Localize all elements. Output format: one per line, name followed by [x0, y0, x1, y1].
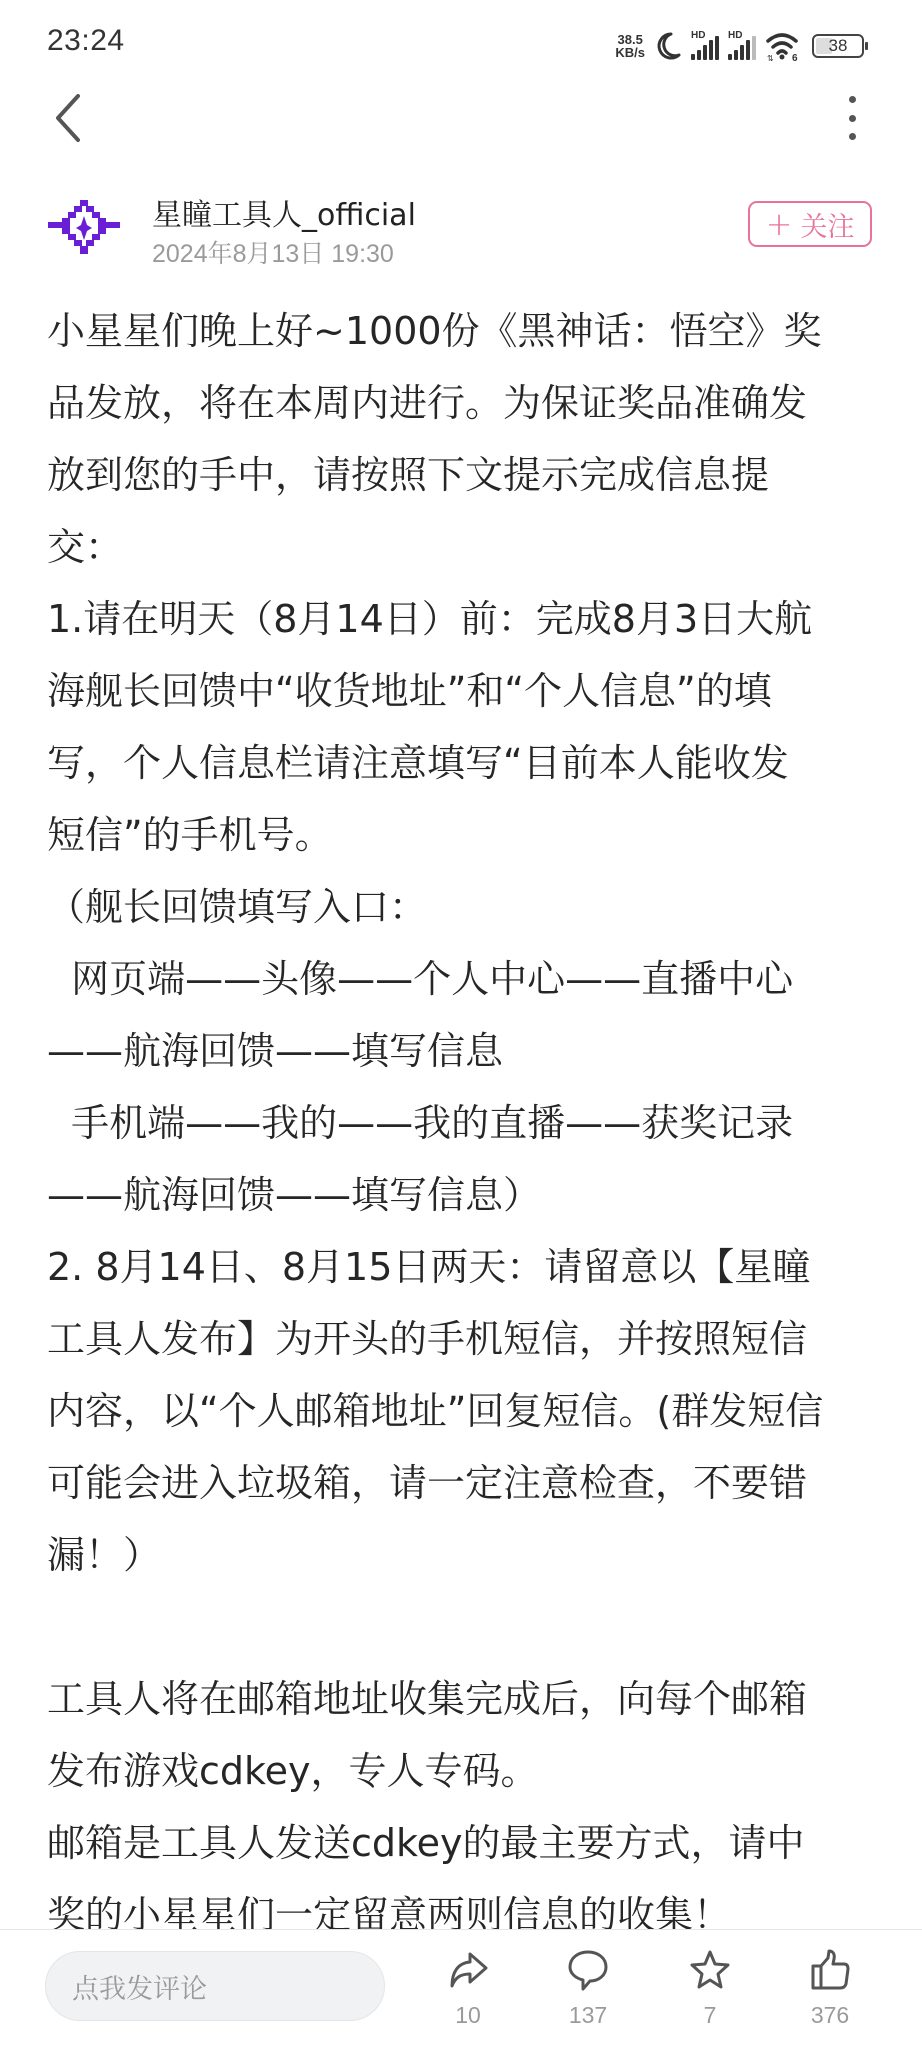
back-button[interactable]	[48, 92, 92, 144]
content-line: 手机端——我的——我的直播——获奖记录	[47, 1087, 875, 1159]
content-line: ——航海回馈——填写信息）	[47, 1159, 875, 1231]
network-speed: 38.5 KB/s	[615, 33, 645, 59]
content-line	[47, 1591, 875, 1663]
content-line: 漏！）	[47, 1519, 875, 1591]
svg-text:⇅: ⇅	[767, 54, 774, 62]
post-content: 小星星们晚上好~1000份《黑神话：悟空》奖品发放，将在本周内进行。为保证奖品准…	[47, 295, 875, 1951]
more-vertical-icon-dot	[849, 133, 856, 140]
content-line: 海舰长回馈中“收货地址”和“个人信息”的填	[47, 655, 875, 727]
content-line: ——航海回馈——填写信息	[47, 1015, 875, 1087]
comment-button[interactable]: 137	[538, 1948, 638, 2043]
comment-input[interactable]: 点我发评论	[45, 1951, 385, 2021]
like-button[interactable]: 376	[780, 1948, 880, 2043]
follow-button[interactable]: + 关注	[748, 201, 872, 247]
svg-text:6: 6	[792, 53, 798, 62]
content-line: 交：	[47, 511, 875, 583]
content-line: 2. 8月14日、8月15日两天：请留意以【星瞳	[47, 1231, 875, 1303]
author-name[interactable]: 星瞳工具人_official	[152, 190, 416, 234]
star-eye-logo-icon	[46, 196, 122, 260]
comment-count: 137	[569, 2002, 607, 2029]
content-line: 网页端——头像——个人中心——直播中心	[47, 943, 875, 1015]
more-button[interactable]	[836, 92, 868, 144]
hd-signal-2-icon: HD	[728, 32, 756, 60]
status-icons: 38.5 KB/s HD HD 6 ⇅ 38	[615, 28, 864, 64]
chevron-left-icon	[48, 92, 92, 144]
avatar[interactable]	[46, 196, 122, 260]
follow-label: 关注	[800, 205, 854, 244]
content-line: 放到您的手中，请按照下文提示完成信息提	[47, 439, 875, 511]
share-icon	[446, 1948, 490, 1992]
like-count: 376	[811, 2002, 849, 2029]
favorite-button[interactable]: 7	[660, 1948, 760, 2043]
more-vertical-icon-dot	[849, 96, 856, 103]
content-line: 短信”的手机号。	[47, 799, 875, 871]
comment-icon	[566, 1948, 610, 1992]
battery-icon: 38	[812, 34, 864, 58]
content-line: （舰长回馈填写入口：	[47, 871, 875, 943]
bottom-action-bar: 点我发评论 10 137 7 376	[0, 1929, 922, 2048]
share-button[interactable]: 10	[418, 1948, 518, 2043]
content-line: 小星星们晚上好~1000份《黑神话：悟空》奖	[47, 295, 875, 367]
content-line: 发布游戏cdkey，专人专码。	[47, 1735, 875, 1807]
plus-icon: +	[766, 208, 793, 240]
content-line: 工具人发布】为开头的手机短信，并按照短信	[47, 1303, 875, 1375]
content-line: 1.请在明天（8月14日）前：完成8月3日大航	[47, 583, 875, 655]
battery-level: 38	[829, 36, 848, 56]
status-bar: 23:24 38.5 KB/s HD HD 6 ⇅ 38	[0, 0, 922, 80]
more-vertical-icon-dot	[849, 115, 856, 122]
network-speed-unit: KB/s	[615, 46, 645, 59]
share-count: 10	[455, 2002, 481, 2029]
content-line: 可能会进入垃圾箱，请一定注意检查，不要错	[47, 1447, 875, 1519]
content-line: 写，个人信息栏请注意填写“目前本人能收发	[47, 727, 875, 799]
content-line: 工具人将在邮箱地址收集完成后，向每个邮箱	[47, 1663, 875, 1735]
star-icon	[688, 1948, 732, 1992]
wifi-6-icon: 6 ⇅	[765, 30, 803, 62]
thumbs-up-icon	[808, 1948, 852, 1992]
favorite-count: 7	[704, 2002, 717, 2029]
post-date: 2024年8月13日 19:30	[152, 234, 394, 270]
moon-icon	[654, 31, 682, 61]
content-line: 品发放，将在本周内进行。为保证奖品准确发	[47, 367, 875, 439]
status-time: 23:24	[47, 24, 125, 58]
content-line: 邮箱是工具人发送cdkey的最主要方式，请中	[47, 1807, 875, 1879]
hd-signal-1-icon: HD	[691, 32, 719, 60]
comment-placeholder: 点我发评论	[72, 1967, 207, 2006]
content-line: 内容，以“个人邮箱地址”回复短信。(群发短信	[47, 1375, 875, 1447]
